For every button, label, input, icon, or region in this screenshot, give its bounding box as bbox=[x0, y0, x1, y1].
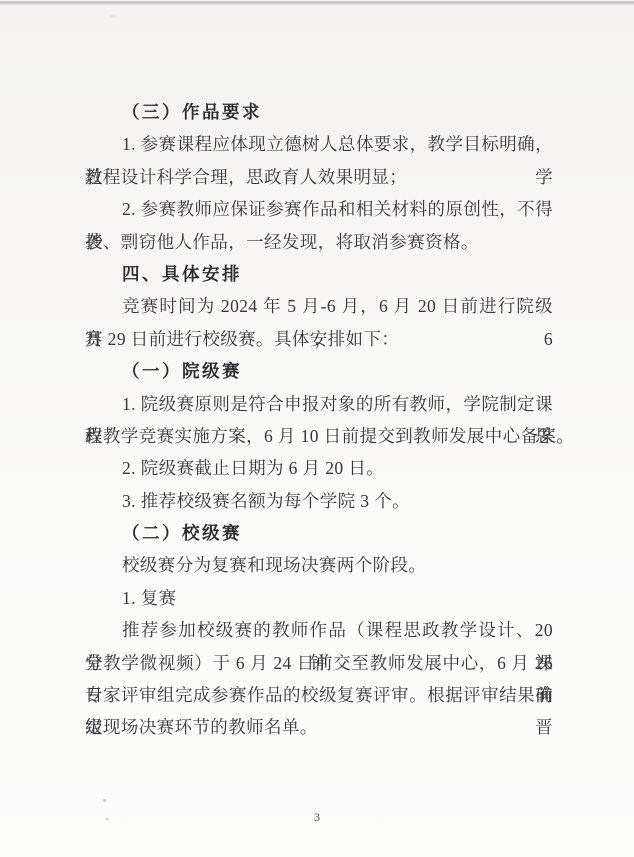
text-line: 2. 院级赛截止日期为 6 月 20 日。 bbox=[85, 452, 553, 484]
scanned-page: （三）作品要求1. 参赛课程应体现立德树人总体要求，教学目标明确，教学过程设计科… bbox=[0, 0, 634, 857]
document-body: （三）作品要求1. 参赛课程应体现立德树人总体要求，教学目标明确，教学过程设计科… bbox=[85, 96, 553, 744]
text-line: 3. 推荐校级赛名额为每个学院 3 个。 bbox=[85, 485, 553, 517]
scan-artifact-smudge bbox=[110, 14, 117, 18]
text-line: 袭、剽窃他人作品，一经发现，将取消参赛资格。 bbox=[85, 226, 553, 258]
text-line: 校级赛分为复赛和现场决赛两个阶段。 bbox=[85, 549, 553, 581]
heading-line: （二）校级赛 bbox=[85, 517, 553, 549]
text-line: 政教学竞赛实施方案，6 月 10 日前提交到教师发展中心备案。 bbox=[85, 420, 553, 452]
page-number: 3 bbox=[0, 810, 634, 825]
text-line: 竞赛时间为 2024 年 5 月-6 月，6 月 20 日前进行院级赛，6 bbox=[85, 290, 553, 322]
heading-line: 四、具体安排 bbox=[85, 258, 553, 290]
heading-line: （三）作品要求 bbox=[85, 96, 553, 128]
text-line: 1. 参赛课程应体现立德树人总体要求，教学目标明确，教学 bbox=[85, 128, 553, 160]
scan-artifact-dot bbox=[105, 818, 109, 820]
text-line: 1. 院级赛原则是符合申报对象的所有教师，学院制定课程思 bbox=[85, 388, 553, 420]
text-line: 推荐参加校级赛的教师作品（课程思政教学设计、20 分钟课 bbox=[85, 614, 553, 646]
text-line: 2. 参赛教师应保证参赛作品和相关材料的原创性，不得抄 bbox=[85, 193, 553, 225]
text-line: 堂教学微视频）于 6 月 24 日前交至教师发展中心，6 月 26 日前 bbox=[85, 647, 553, 679]
heading-line: （一）院级赛 bbox=[85, 355, 553, 387]
text-line: 1. 复赛 bbox=[85, 582, 553, 614]
scan-artifact-dot bbox=[103, 799, 106, 802]
text-line: 专家评审组完成参赛作品的校级复赛评审。根据评审结果确定晋 bbox=[85, 679, 553, 711]
scan-top-edge bbox=[0, 0, 634, 5]
